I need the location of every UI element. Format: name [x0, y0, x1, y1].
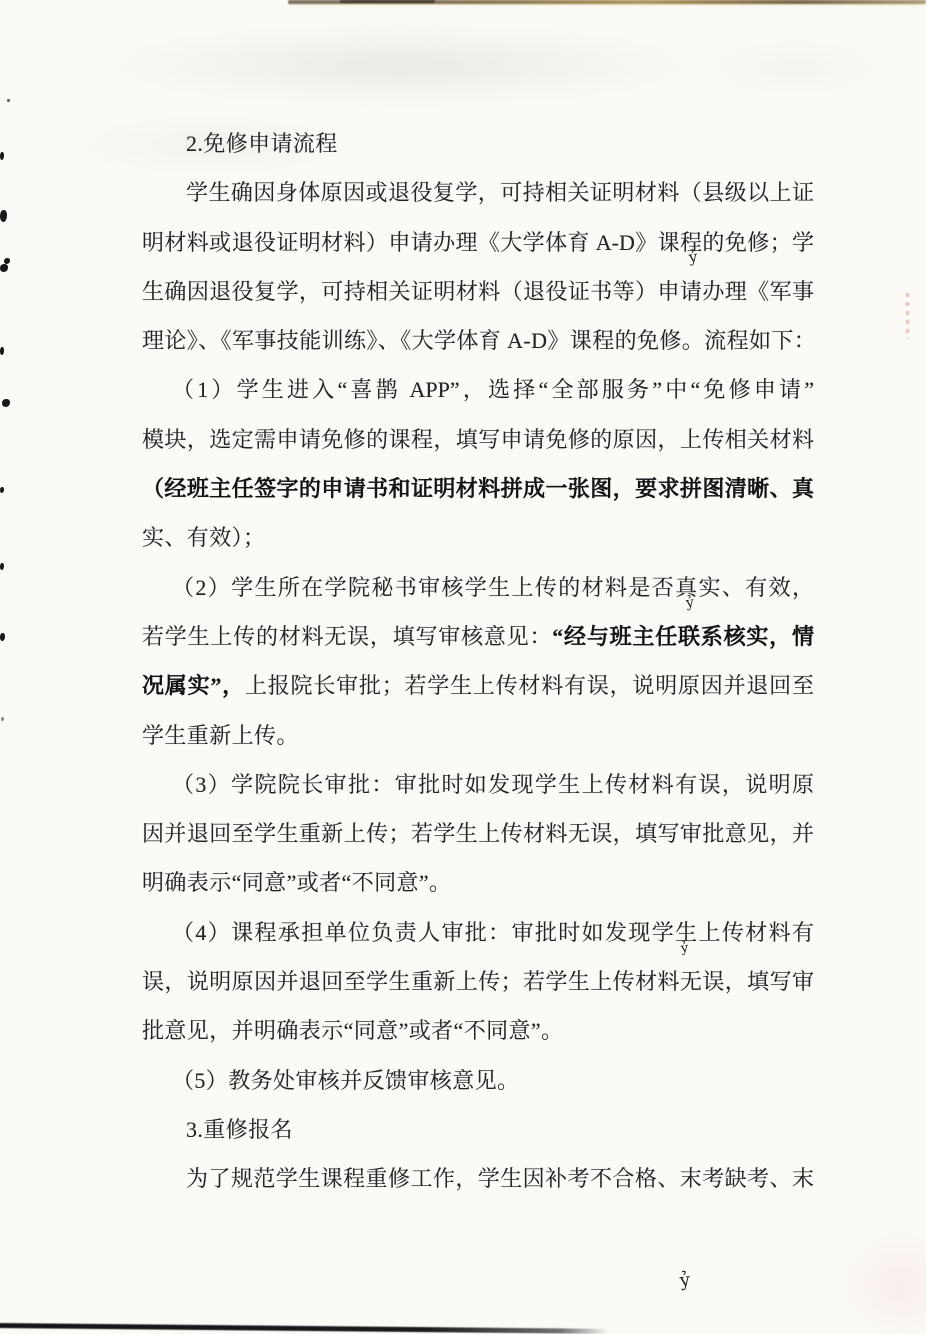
text-segment: 况属实”， [142, 673, 245, 698]
scan-smudge [90, 25, 710, 105]
text-line: 2.免修申请流程 [142, 119, 814, 168]
ink-speck [1, 717, 4, 721]
text-segment: 实、有效）； [142, 525, 265, 550]
text-block: 2.免修申请流程学生确因身体原因或退役复学，可持相关证明材料（县级以上证明材料或… [142, 119, 814, 1204]
top-scan-edge-artifact [340, 0, 435, 3]
text-segment: （经班主任签字的申请书和证明材料拼成一张图，要求拼图清晰、真 [142, 476, 814, 501]
text-line: 3.重修报名 [142, 1105, 814, 1154]
text-segment: “经与班主任联系核实，情 [552, 624, 814, 649]
text-line: （3）学院院长审批：审批时如发现学生上传材料有误，说明原 [142, 760, 814, 809]
text-segment: 理论》、《军事技能训练》、《大学体育 A-D》课程的免修。流程如下： [142, 328, 814, 353]
red-dotted-artifact [906, 293, 909, 339]
text-segment: 因并退回至学生重新上传；若学生上传材料无误，填写审批意见，并 [142, 821, 814, 846]
text-segment: 生确因退役复学，可持相关证明材料（退役证书等）申请办理《军事 [142, 279, 814, 304]
text-segment: （1）学生进入“喜鹊 APP”，选择“全部服务”中“免修申请” [172, 377, 814, 402]
text-segment: 学生确因身体原因或退役复学，可持相关证明材料（县级以上证 [186, 180, 814, 205]
text-line: 模块，选定需申请免修的课程，填写申请免修的原因，上传相关材料 [142, 415, 814, 464]
text-line: 明材料或退役证明材料）申请办理《大学体育 A-D》课程的免修；学 [142, 218, 814, 267]
text-line: （1）学生进入“喜鹊 APP”，选择“全部服务”中“免修申请” [142, 365, 814, 414]
text-line: 理论》、《军事技能训练》、《大学体育 A-D》课程的免修。流程如下： [142, 316, 814, 365]
text-segment: （3）学院院长审批：审批时如发现学生上传材料有误，说明原 [172, 772, 814, 797]
ink-speck [0, 210, 7, 222]
text-line: 因并退回至学生重新上传；若学生上传材料无误，填写审批意见，并 [142, 809, 814, 858]
text-segment: 3.重修报名 [186, 1117, 293, 1142]
text-line: 误，说明原因并退回至学生重新上传；若学生上传材料无误，填写审 [142, 957, 814, 1006]
text-segment: （2）学生所在学院秘书审核学生上传的材料是否真实、有效， [172, 575, 814, 600]
text-line: 批意见，并明确表示“同意”或者“不同意”。 [142, 1006, 814, 1055]
ink-speck [0, 633, 5, 641]
text-segment: 上报院长审批；若学生上传材料有误，说明原因并退回至 [245, 673, 814, 698]
ink-fleck: ỷ [679, 1271, 692, 1290]
text-line: 学生重新上传。 [142, 711, 814, 760]
ink-speck [0, 347, 4, 355]
scanned-page: ỷ ỷ ỷ ỷ 2.免修申请流程学生确因身体原因或退役复学，可持相关证明材料（县… [0, 0, 926, 1334]
text-segment: （5）教务处审核并反馈审核意见。 [172, 1068, 519, 1093]
text-line: 实、有效）； [142, 513, 814, 562]
bottom-scan-edge-artifact [0, 1323, 609, 1334]
ink-speck [2, 399, 10, 407]
text-segment: 若学生上传的材料无误，填写审核意见： [142, 624, 552, 649]
text-segment: 批意见，并明确表示“同意”或者“不同意”。 [142, 1018, 563, 1043]
ink-speck [0, 487, 4, 493]
text-segment: （4）课程承担单位负责人审批：审批时如发现学生上传材料有 [172, 920, 814, 945]
text-segment: 明确表示“同意”或者“不同意”。 [142, 870, 451, 895]
text-line: （2）学生所在学院秘书审核学生上传的材料是否真实、有效， [142, 563, 814, 612]
text-line: 若学生上传的材料无误，填写审核意见：“经与班主任联系核实，情 [142, 612, 814, 661]
text-segment: 明材料或退役证明材料）申请办理《大学体育 A-D》课程的免修；学 [142, 230, 814, 255]
ink-speck [0, 264, 8, 272]
ink-speck [0, 563, 4, 570]
text-line: （5）教务处审核并反馈审核意见。 [142, 1056, 814, 1105]
text-segment: 学生重新上传。 [142, 723, 299, 748]
text-line: 为了规范学生课程重修工作，学生因补考不合格、末考缺考、末 [142, 1154, 814, 1203]
text-segment: 误，说明原因并退回至学生重新上传；若学生上传材料无误，填写审 [142, 969, 814, 994]
text-line: （经班主任签字的申请书和证明材料拼成一张图，要求拼图清晰、真 [142, 464, 814, 513]
ink-speck [7, 99, 10, 102]
text-segment: 为了规范学生课程重修工作，学生因补考不合格、末考缺考、末 [186, 1166, 814, 1191]
scan-smudge [700, 40, 890, 95]
text-line: 生确因退役复学，可持相关证明材料（退役证书等）申请办理《军事 [142, 267, 814, 316]
text-segment: 2.免修申请流程 [186, 131, 338, 156]
text-line: 明确表示“同意”或者“不同意”。 [142, 858, 814, 907]
pink-corner-artifact [840, 1230, 926, 1334]
ink-speck [0, 152, 4, 160]
text-line: 学生确因身体原因或退役复学，可持相关证明材料（县级以上证 [142, 168, 814, 217]
text-line: （4）课程承担单位负责人审批：审批时如发现学生上传材料有 [142, 908, 814, 957]
text-segment: 模块，选定需申请免修的课程，填写申请免修的原因，上传相关材料 [142, 427, 814, 452]
text-line: 况属实”，上报院长审批；若学生上传材料有误，说明原因并退回至 [142, 661, 814, 710]
